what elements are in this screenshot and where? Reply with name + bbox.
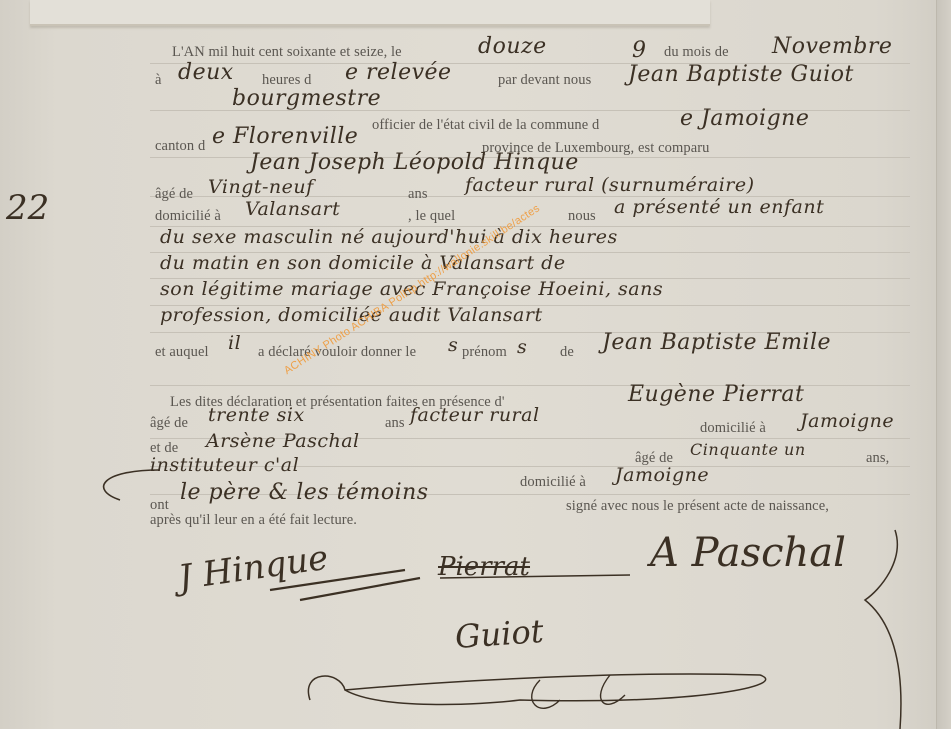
hand-officer-title: bourgmestre <box>232 86 381 111</box>
hand-day: douze <box>478 34 547 59</box>
hand-plural: s <box>517 336 527 358</box>
hand-presentation: a présenté un enfant <box>614 196 824 218</box>
hand-witness1-domicile: Jamoigne <box>800 410 894 432</box>
hand-plural: s <box>448 334 458 356</box>
signature-officer: Guiot <box>454 612 545 656</box>
print-text: âgé de <box>150 415 188 432</box>
print-text: ans, <box>866 450 889 467</box>
hand-declarant-profession: facteur rural (surnuméraire) <box>465 174 755 196</box>
print-text: par devant nous <box>498 72 591 89</box>
print-text: domicilié à <box>700 420 766 437</box>
print-text: signé avec nous le présent acte de naiss… <box>566 498 829 515</box>
hand-commune: e Jamoigne <box>680 106 809 131</box>
print-text: nous <box>568 208 596 225</box>
page-edge <box>936 0 951 729</box>
document-page: 22 L'AN mil huit cent soixante et seize,… <box>0 0 951 729</box>
hand-witness2-domicile: Jamoigne <box>615 464 709 486</box>
print-text: ans <box>385 415 405 432</box>
act-number: 22 <box>6 188 49 228</box>
print-text: ans <box>408 186 428 203</box>
hand-witness1-profession: facteur rural <box>410 404 540 426</box>
hand-witness2-age: Cinquante un <box>690 440 806 459</box>
print-text: du mois de <box>664 44 729 61</box>
print-text: canton d <box>155 138 205 155</box>
print-text: à <box>155 72 162 89</box>
print-text: domicilié à <box>155 208 221 225</box>
hand-canton: e Florenville <box>212 124 358 149</box>
print-text: prénom <box>462 344 507 361</box>
signature-witness1: Pierrat <box>438 552 530 582</box>
print-text: , le quel <box>408 208 455 225</box>
hand-declarant-name: Jean Joseph Léopold Hinque <box>250 150 579 175</box>
print-text: officier de l'état civil de la commune d <box>372 117 599 134</box>
print-text: de <box>560 344 574 361</box>
hand-witness2-profession: instituteur c'al <box>150 454 299 476</box>
print-text: L'AN mil huit cent soixante et seize, le <box>172 44 402 61</box>
print-text: a déclaré vouloir donner le <box>258 344 416 361</box>
hand-body-line: du sexe masculin né aujourd'hui à dix he… <box>160 226 618 248</box>
hand-pronoun: il <box>228 332 241 354</box>
hand-signers: le père & les témoins <box>180 480 429 505</box>
hand-officer-name: Jean Baptiste Guiot <box>628 62 854 87</box>
paper-fold-strip <box>30 0 710 26</box>
hand-time: e relevée <box>345 60 452 85</box>
hand-witness1-name: Eugène Pierrat <box>628 382 804 407</box>
hand-child-names: Jean Baptiste Emile <box>602 330 831 355</box>
signature-father: J Hinque <box>176 538 331 599</box>
signature-witness2: A Paschal <box>650 530 846 576</box>
hand-hour: deux <box>178 60 234 85</box>
hand-witness2-name: Arsène Paschal <box>206 430 360 452</box>
hand-day-number: 9 <box>632 38 647 63</box>
hand-month: Novembre <box>772 34 892 59</box>
print-text: domicilié à <box>520 474 586 491</box>
hand-body-line: du matin en son domicile à Valansart de <box>160 252 566 274</box>
hand-declarant-domicile: Valansart <box>245 198 340 220</box>
hand-declarant-age: Vingt-neuf <box>208 176 314 198</box>
print-text: et auquel <box>155 344 209 361</box>
print-text: après qu'il leur en a été fait lecture. <box>150 512 357 529</box>
print-text: âgé de <box>155 186 193 203</box>
hand-witness1-age: trente six <box>208 404 305 426</box>
